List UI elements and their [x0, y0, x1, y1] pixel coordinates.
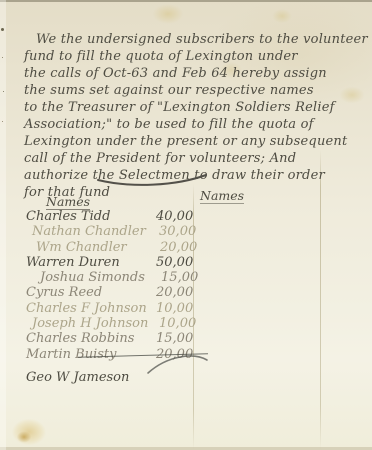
table-row: Charles Robbins15,00: [26, 331, 202, 346]
subscriber-amount: 40,00: [156, 209, 200, 224]
subscriber-name: Charles Tidd: [26, 209, 156, 224]
paragraph-line: We the undersigned subscribers to the vo…: [24, 31, 360, 48]
subscriber-table: Charles Tidd40,00 Nathan Chandler30,00 W…: [26, 209, 202, 385]
table-row: Joseph H Johnson10,00: [26, 316, 202, 331]
subscriber-name: Geo W Jameson: [26, 370, 156, 385]
table-row: Charles F Johnson10,00: [26, 301, 202, 316]
subscriber-name: Joshua Simonds: [26, 270, 161, 285]
subscriber-amount: 10,00: [159, 316, 202, 331]
subscriber-amount: 20,00: [160, 240, 202, 255]
table-row: Warren Duren50,00: [26, 255, 202, 270]
subscriber-amount: 20,00: [156, 285, 200, 300]
paragraph-line: call of the President for volunteers; An…: [24, 150, 360, 167]
names-column-header-right: Names: [200, 188, 244, 204]
table-row: Wm Chandler20,00: [26, 240, 202, 255]
paragraph-line: the calls of Oct-63 and Feb 64 hereby as…: [24, 65, 360, 82]
subscriber-name: Wm Chandler: [26, 240, 160, 255]
subscriber-name: Cyrus Reed: [26, 285, 156, 300]
table-row: Joshua Simonds15,00: [26, 270, 202, 285]
subscriber-name: Nathan Chandler: [26, 224, 159, 239]
names-column-header-left: Names: [46, 194, 90, 210]
subscriber-amount: 30,00: [159, 224, 202, 239]
paragraph-line: Association;" to be used to fill the quo…: [24, 116, 360, 133]
paragraph-line: authorize the Selectmen to draw their or…: [24, 167, 360, 184]
subscriber-amount: 10,00: [156, 301, 200, 316]
table-row: Charles Tidd40,00: [26, 209, 202, 224]
subscriber-amount: [156, 370, 200, 385]
handwritten-paragraph: We the undersigned subscribers to the vo…: [24, 31, 360, 201]
table-row: Geo W Jameson: [26, 370, 202, 385]
subscriber-amount: 50,00: [156, 255, 200, 270]
paragraph-line: Lexington under the present or any subse…: [24, 133, 360, 150]
paragraph-line: fund to fill the quota of Lexington unde…: [24, 48, 360, 65]
subscriber-amount: 15,00: [161, 270, 202, 285]
subscriber-name: Charles Robbins: [26, 331, 156, 346]
subscriber-amount: 15,00: [156, 331, 200, 346]
table-row: Nathan Chandler30,00: [26, 224, 202, 239]
paragraph-line: the sums set against our respective name…: [24, 82, 360, 99]
paper-top-edge: [0, 0, 372, 2]
paper-left-edge: [0, 0, 6, 450]
subscriber-name: Charles F Johnson: [26, 301, 156, 316]
paragraph-line: to the Treasurer of "Lexington Soldiers …: [24, 99, 360, 116]
table-row: Cyrus Reed20,00: [26, 285, 202, 300]
subscriber-name: Warren Duren: [26, 255, 156, 270]
subscriber-name: Joseph H Johnson: [26, 316, 159, 331]
scanned-document-page: We the undersigned subscribers to the vo…: [0, 0, 372, 450]
paper-edge-specks: [1, 28, 4, 31]
table-row-struck: Martin Buisty20,00: [26, 347, 202, 362]
